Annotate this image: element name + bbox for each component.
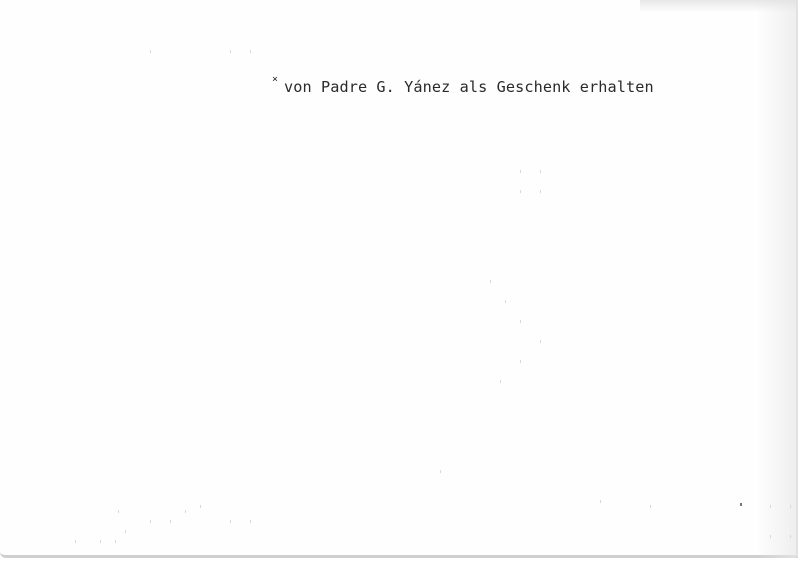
paper-speck bbox=[170, 520, 171, 523]
paper-speck bbox=[230, 520, 231, 523]
paper-speck bbox=[540, 170, 541, 173]
index-card: × von Padre G. Yánez als Geschenk erhalt… bbox=[0, 0, 798, 558]
paper-shadow-right bbox=[756, 0, 796, 558]
paper-speck bbox=[75, 540, 76, 543]
paper-speck bbox=[118, 510, 119, 513]
paper-speck bbox=[520, 360, 521, 363]
paper-speck bbox=[520, 320, 521, 323]
paper-shadow-top bbox=[640, 0, 798, 12]
paper-speck bbox=[650, 505, 651, 508]
paper-speck bbox=[150, 50, 151, 53]
paper-speck bbox=[125, 530, 126, 533]
footnote-text: von Padre G. Yánez als Geschenk erhalten bbox=[284, 77, 654, 97]
paper-speck bbox=[490, 280, 491, 283]
paper-speck bbox=[185, 510, 186, 513]
paper-speck bbox=[600, 500, 601, 503]
paper-speck bbox=[440, 470, 441, 473]
ink-speck bbox=[740, 503, 742, 506]
paper-speck bbox=[230, 50, 231, 53]
paper-speck bbox=[115, 540, 116, 543]
paper-speck bbox=[790, 535, 791, 538]
paper-speck bbox=[770, 535, 771, 538]
footnote-marker: × bbox=[272, 74, 278, 85]
paper-speck bbox=[770, 505, 771, 508]
paper-speck bbox=[150, 520, 151, 523]
paper-speck bbox=[790, 505, 791, 508]
paper-speck bbox=[520, 190, 521, 193]
paper-speck bbox=[500, 380, 501, 383]
paper-speck bbox=[505, 300, 506, 303]
paper-speck bbox=[200, 505, 201, 508]
paper-speck bbox=[540, 190, 541, 193]
paper-speck bbox=[250, 520, 251, 523]
paper-speck bbox=[520, 170, 521, 173]
paper-speck bbox=[540, 340, 541, 343]
paper-speck bbox=[250, 50, 251, 53]
paper-speck bbox=[100, 540, 101, 543]
